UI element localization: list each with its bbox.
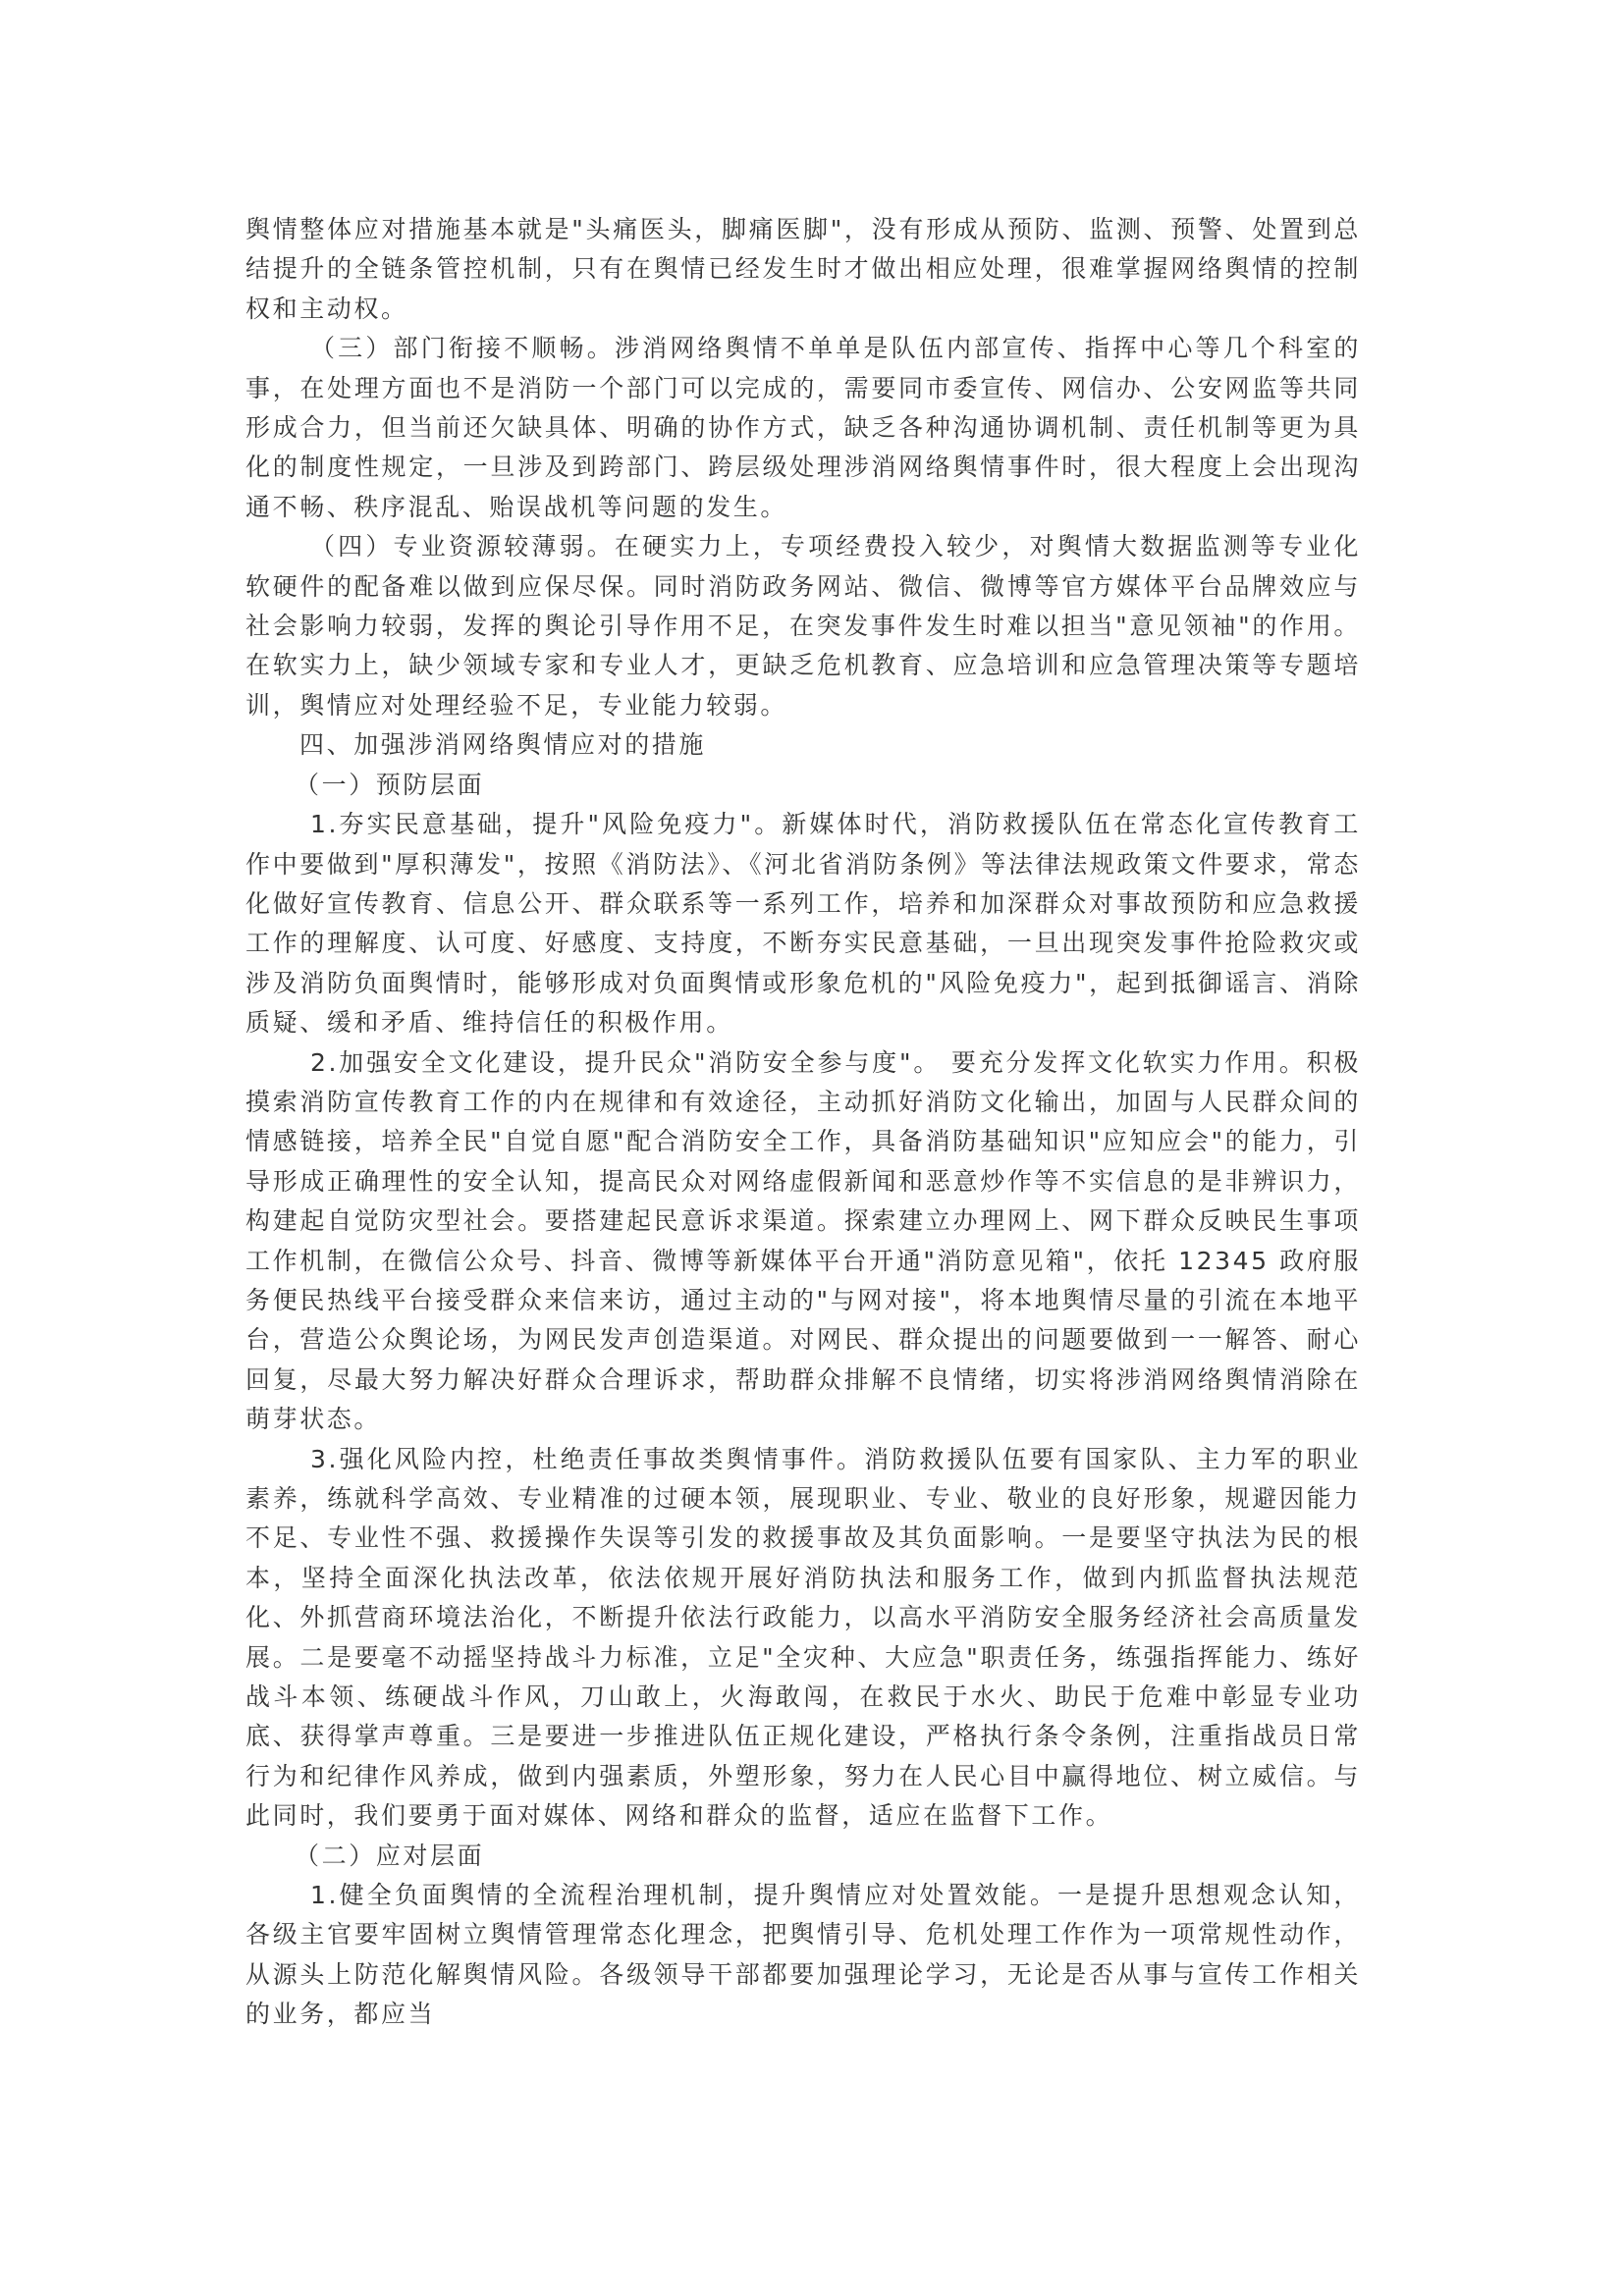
paragraph-risk-control: 3.强化风险内控，杜绝责任事故类舆情事件。消防救援队伍要有国家队、主力军的职业素… xyxy=(245,1440,1361,1837)
section-heading-measures: 四、加强涉消网络舆情应对的措施 xyxy=(245,725,1361,765)
paragraph-continuation: 舆情整体应对措施基本就是"头痛医头，脚痛医脚"，没有形成从预防、监测、预警、处置… xyxy=(245,210,1361,329)
subsection-heading-prevention: （一）预防层面 xyxy=(245,766,1361,805)
paragraph-governance-mechanism: 1.健全负面舆情的全流程治理机制，提升舆情应对处置效能。一是提升思想观念认知，各… xyxy=(245,1876,1361,2035)
paragraph-department-coordination: （三）部门衔接不顺畅。涉消网络舆情不单单是队伍内部宣传、指挥中心等几个科室的事，… xyxy=(245,329,1361,527)
subsection-heading-response: （二）应对层面 xyxy=(245,1837,1361,1876)
document-page: 舆情整体应对措施基本就是"头痛医头，脚痛医脚"，没有形成从预防、监测、预警、处置… xyxy=(245,210,1361,2035)
paragraph-safety-culture: 2.加强安全文化建设，提升民众"消防安全参与度"。 要充分发挥文化软实力作用。积… xyxy=(245,1043,1361,1440)
paragraph-professional-resources: （四）专业资源较薄弱。在硬实力上，专项经费投入较少，对舆情大数据监测等专业化软硬… xyxy=(245,527,1361,725)
paragraph-public-opinion-foundation: 1.夯实民意基础，提升"风险免疫力"。新媒体时代，消防救援队伍在常态化宣传教育工… xyxy=(245,805,1361,1042)
